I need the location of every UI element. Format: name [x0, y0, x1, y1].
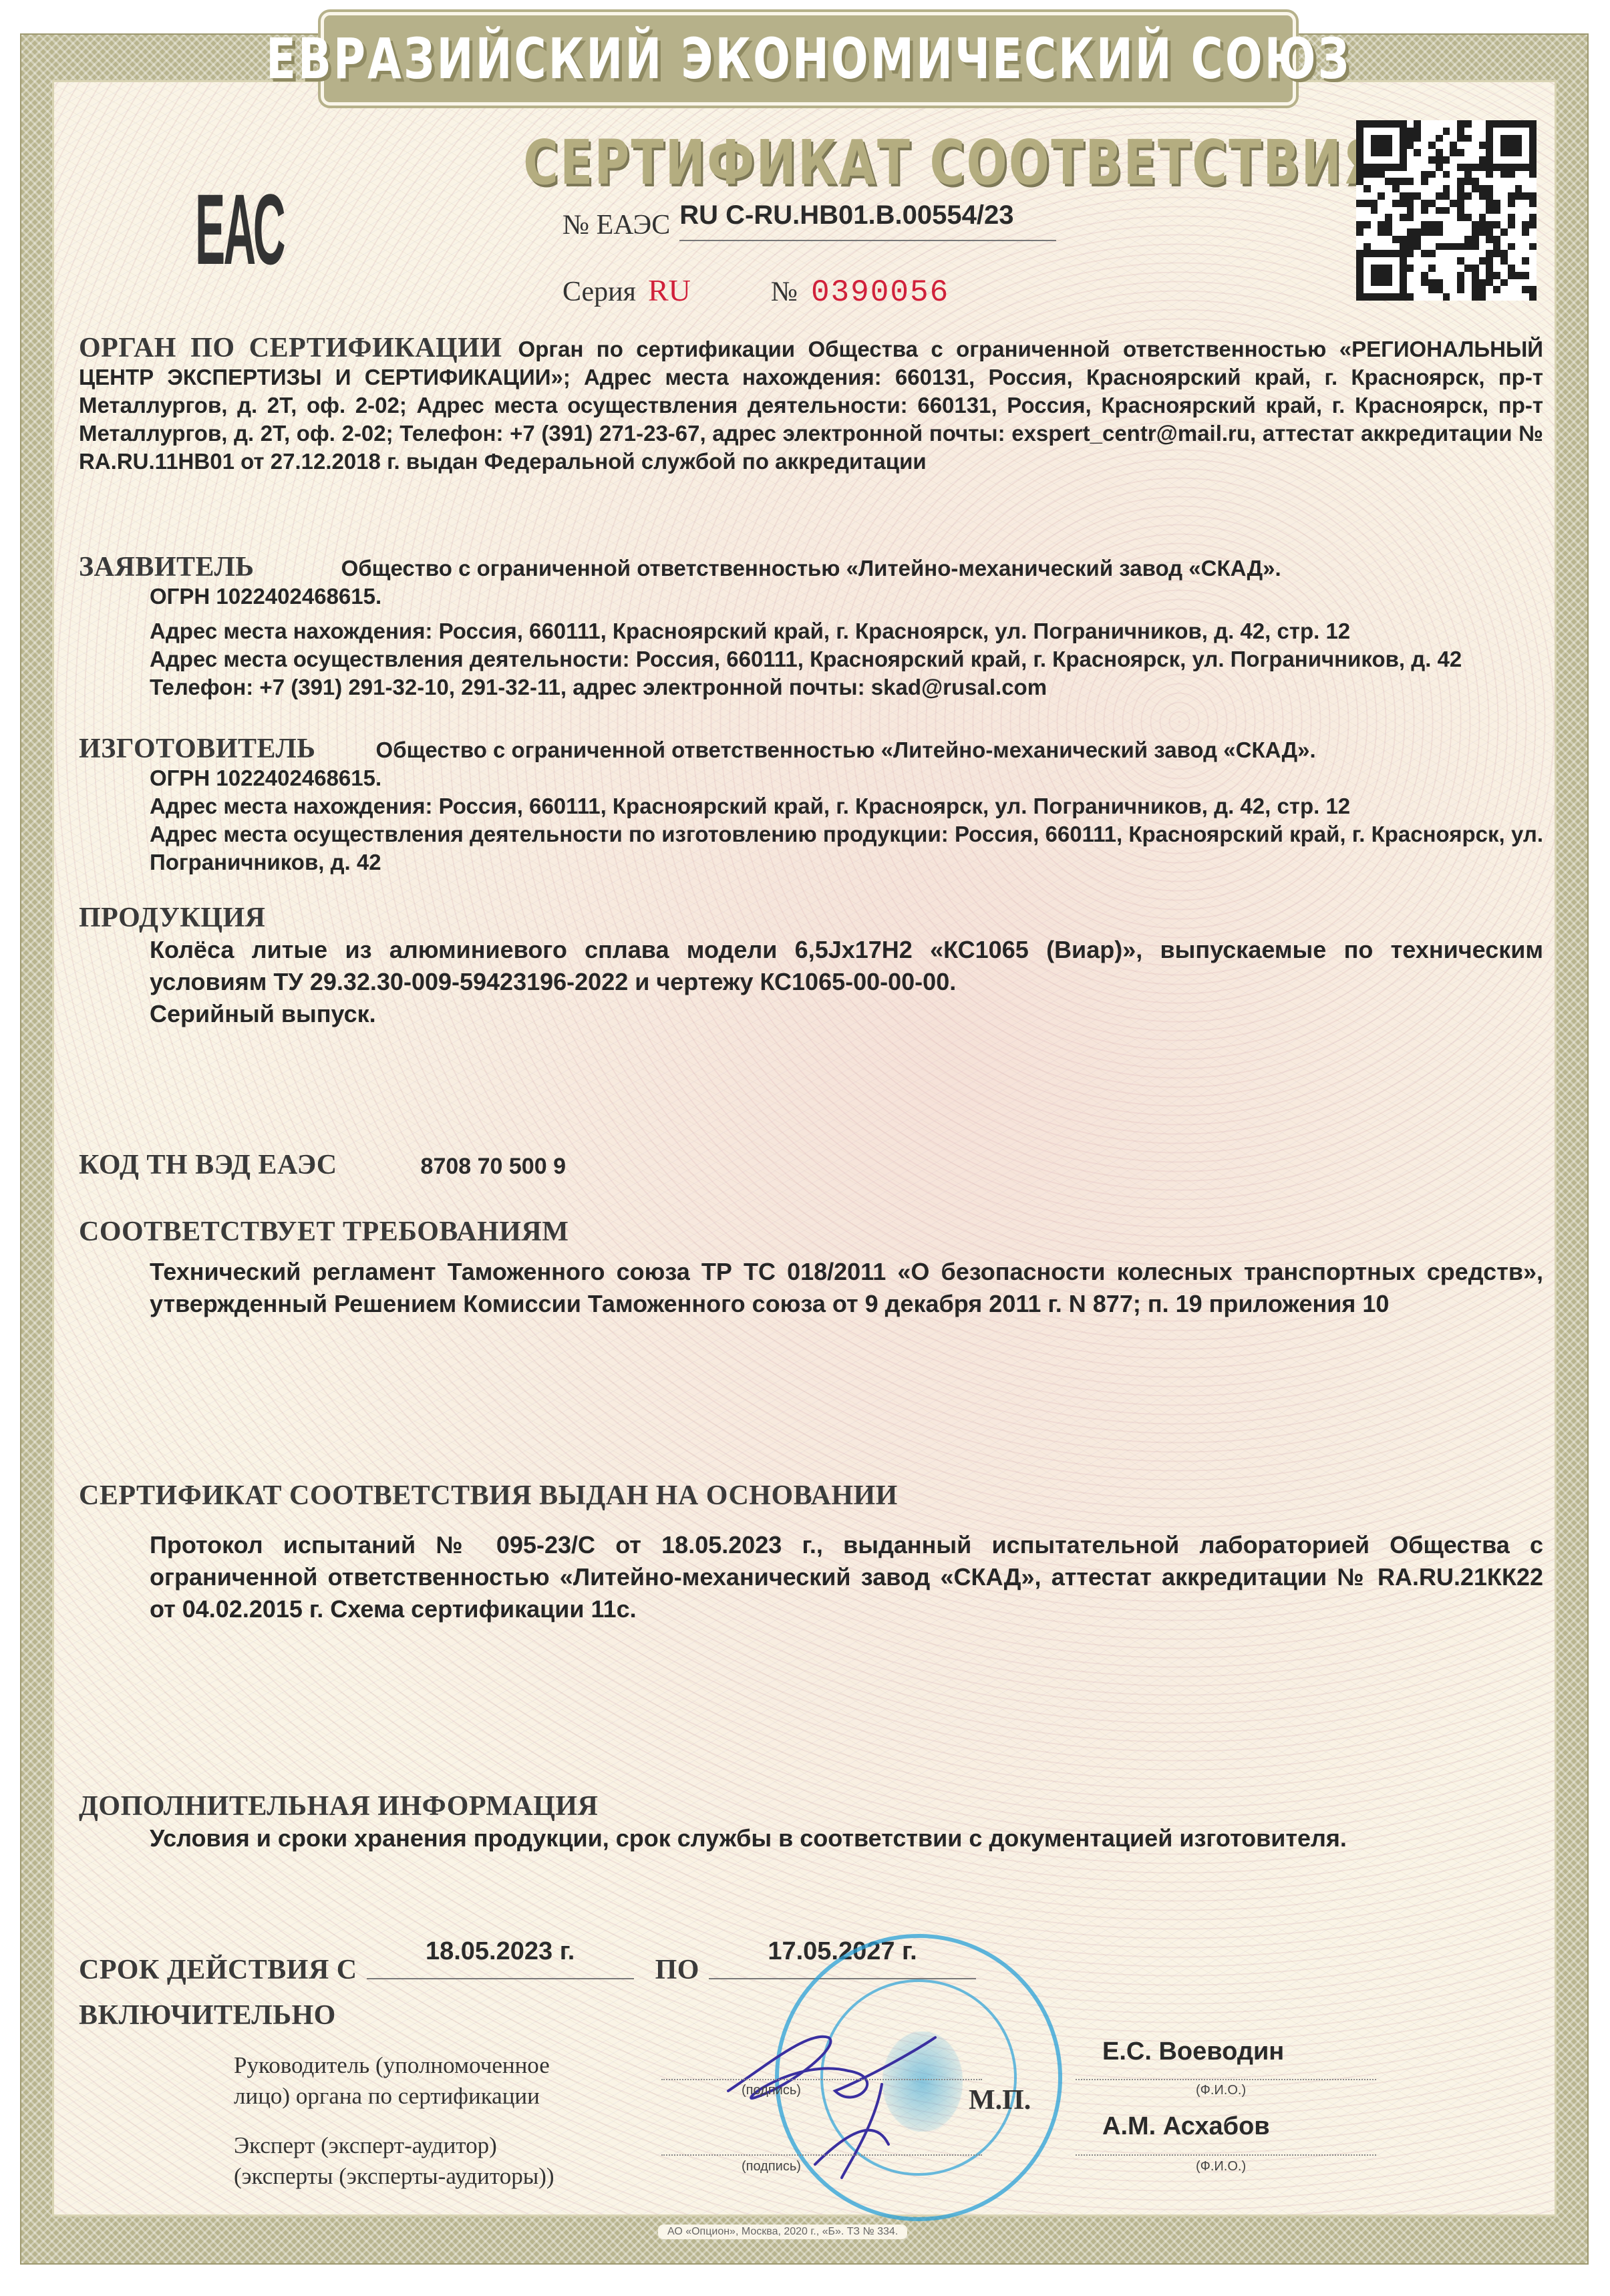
eac-mark: ЕАС — [195, 179, 284, 279]
qr-code-icon — [1356, 120, 1537, 301]
section-requirements: СООТВЕТСТВУЕТ ТРЕБОВАНИЯМ Технический ре… — [79, 1216, 1543, 1320]
seal-place-label: М.П. — [969, 2084, 1031, 2116]
head-label-line1: Руководитель (уполномоченное — [234, 2051, 550, 2080]
applicant-address-activity: Адрес места осуществления деятельности: … — [79, 645, 1543, 673]
registration-number-row: № ЕАЭС RU C-RU.НВ01.В.00554/23 — [562, 200, 1056, 241]
manufacturer-ogrn: ОГРН 1022402468615. — [79, 764, 1543, 792]
applicant-heading: ЗАЯВИТЕЛЬ — [79, 552, 255, 583]
head-fio-caption: (Ф.И.О.) — [1196, 2083, 1246, 2098]
series-label: Серия — [562, 276, 636, 308]
section-applicant: ЗАЯВИТЕЛЬОбщество с ограниченной ответст… — [79, 553, 1543, 701]
additional-text: Условия и сроки хранения продукции, срок… — [79, 1822, 1543, 1854]
product-heading: ПРОДУКЦИЯ — [79, 902, 1543, 934]
document-title: СЕРТИФИКАТ СООТВЕТСТВИЯ — [523, 127, 1107, 198]
eac-logo-icon: ЕАС — [186, 179, 293, 279]
basis-heading: СЕРТИФИКАТ СООТВЕТСТВИЯ ВЫДАН НА ОСНОВАН… — [79, 1480, 1543, 1512]
registration-number: RU C-RU.НВ01.В.00554/23 — [679, 200, 1056, 241]
series-value: RU — [648, 273, 691, 308]
tnved-code: 8708 70 500 9 — [421, 1154, 566, 1180]
printer-imprint: АО «Опцион», Москва, 2020 г., «Б». ТЗ № … — [658, 2225, 907, 2239]
requirements-heading: СООТВЕТСТВУЕТ ТРЕБОВАНИЯМ — [79, 1216, 1543, 1248]
applicant-contacts: Телефон: +7 (391) 291-32-10, 291-32-11, … — [79, 673, 1543, 701]
additional-heading: ДОПОЛНИТЕЛЬНАЯ ИНФОРМАЦИЯ — [79, 1790, 1543, 1822]
blank-number-value: 0390056 — [811, 275, 949, 310]
validity-from-label: СРОК ДЕЙСТВИЯ С — [79, 1954, 357, 1986]
expert-fio-line — [1076, 2154, 1376, 2156]
requirements-text: Технический регламент Таможенного союза … — [79, 1256, 1543, 1320]
basis-text: Протокол испытаний № 095-23/С от 18.05.2… — [79, 1529, 1543, 1625]
manufacturer-address-location: Адрес места нахождения: Россия, 660111, … — [79, 792, 1543, 820]
head-name: Е.С. Воеводин — [1102, 2037, 1284, 2066]
expert-fio-caption: (Ф.И.О.) — [1196, 2159, 1246, 2174]
head-fio-line — [1076, 2079, 1376, 2080]
tnved-heading: КОД ТН ВЭД ЕАЭС — [79, 1149, 337, 1181]
applicant-name: Общество с ограниченной ответственностью… — [341, 556, 1281, 581]
head-signature-line — [661, 2079, 982, 2080]
section-issued-basis: СЕРТИФИКАТ СООТВЕТСТВИЯ ВЫДАН НА ОСНОВАН… — [79, 1480, 1543, 1625]
certification-body-heading: ОРГАН ПО СЕРТИФИКАЦИИ — [79, 333, 502, 363]
expert-label-line2: (эксперты (эксперты-аудиторы)) — [234, 2162, 554, 2191]
applicant-address-location: Адрес места нахождения: Россия, 660111, … — [79, 617, 1543, 645]
union-header-band: ЕВРАЗИЙСКИЙ ЭКОНОМИЧЕСКИЙ СОЮЗ — [321, 12, 1296, 106]
expert-name: А.М. Асхабов — [1102, 2112, 1270, 2141]
expert-label-line1: Эксперт (эксперт-аудитор) — [234, 2131, 497, 2160]
validity-to-label: ПО — [655, 1954, 699, 1986]
section-certification-body: ОРГАН ПО СЕРТИФИКАЦИИОрган по сертификац… — [79, 334, 1543, 476]
manufacturer-heading: ИЗГОТОВИТЕЛЬ — [79, 733, 316, 764]
section-additional-info: ДОПОЛНИТЕЛЬНАЯ ИНФОРМАЦИЯ Условия и срок… — [79, 1790, 1543, 1854]
union-title: ЕВРАЗИЙСКИЙ ЭКОНОМИЧЕСКИЙ СОЮЗ — [266, 26, 1351, 92]
head-signature-caption: (подпись) — [742, 2083, 801, 2098]
section-tnved-code: КОД ТН ВЭД ЕАЭС 8708 70 500 9 — [79, 1149, 1543, 1181]
signature-block: Руководитель (уполномоченное лицо) орган… — [234, 2051, 1503, 2218]
registration-label: № ЕАЭС — [562, 209, 670, 241]
product-description: Колёса литые из алюминиевого сплава моде… — [79, 934, 1543, 998]
series-row: Серия RU № 0390056 — [562, 273, 949, 310]
manufacturer-address-production: Адрес места осуществления деятельности п… — [79, 820, 1543, 876]
blank-number-label: № — [771, 276, 798, 308]
section-manufacturer: ИЗГОТОВИТЕЛЬОбщество с ограниченной отве… — [79, 735, 1543, 876]
applicant-ogrn: ОГРН 1022402468615. — [79, 583, 1543, 611]
product-release: Серийный выпуск. — [79, 998, 1543, 1030]
validity-from-date: 18.05.2023 г. — [367, 1937, 634, 1979]
expert-signature-caption: (подпись) — [742, 2159, 801, 2174]
head-label-line2: лицо) органа по сертификации — [234, 2082, 540, 2111]
manufacturer-name: Общество с ограниченной ответственностью… — [376, 737, 1316, 762]
expert-signature-line — [661, 2154, 982, 2156]
section-product: ПРОДУКЦИЯ Колёса литые из алюминиевого с… — [79, 902, 1543, 1030]
